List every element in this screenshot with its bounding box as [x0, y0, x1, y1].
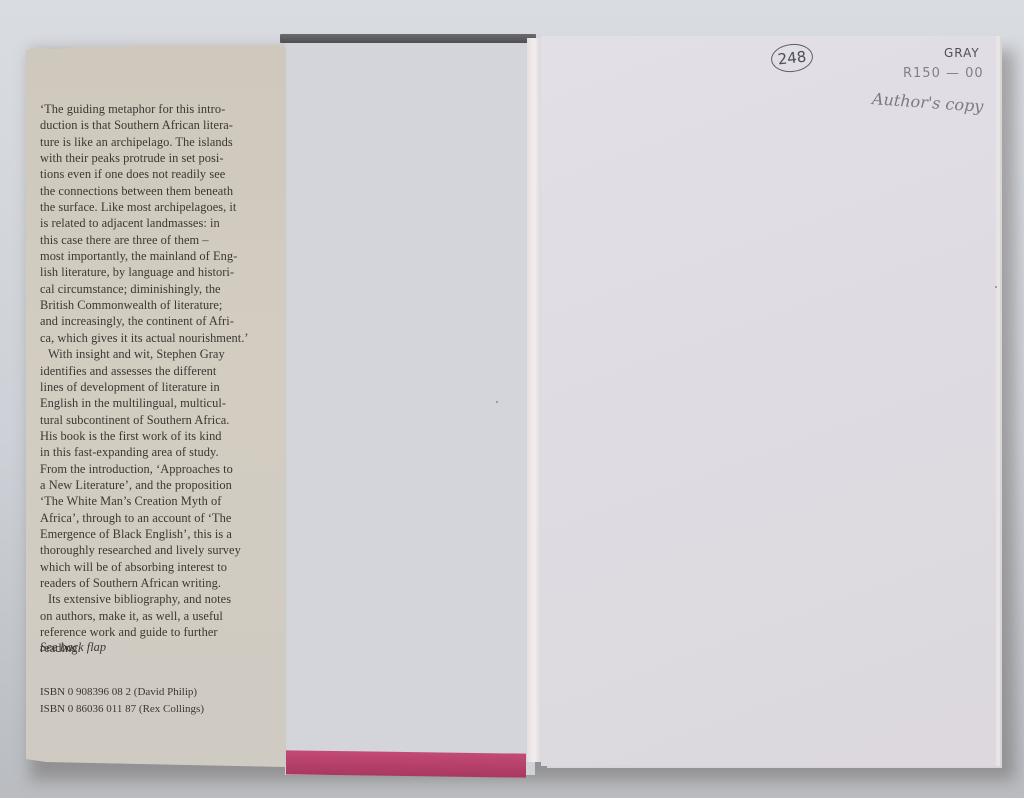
- blurb-line: thoroughly researched and lively survey: [40, 542, 275, 558]
- book-gutter: [527, 38, 541, 762]
- blurb-line: ca, which gives it its actual nourishmen…: [40, 330, 275, 346]
- blurb-line: With insight and wit, Stephen Gray: [40, 346, 275, 362]
- blurb-line: the surface. Like most archipelagoes, it: [40, 199, 275, 215]
- blurb-line: this case there are three of them –: [40, 232, 275, 248]
- blurb-line: most importantly, the mainland of Eng-: [40, 248, 275, 264]
- blurb-line: From the introduction, ‘Approaches to: [40, 461, 275, 477]
- flap-blurb: ‘The guiding metaphor for this intro- du…: [40, 101, 275, 657]
- blurb-line: lines of development of literature in: [40, 379, 275, 395]
- front-endpaper: [287, 42, 527, 754]
- blurb-line: with their peaks protrude in set posi-: [40, 150, 275, 166]
- isbn-david-philip: ISBN 0 908396 08 2 (David Philip): [40, 684, 204, 701]
- blurb-line: ‘The guiding metaphor for this intro-: [40, 101, 275, 117]
- blurb-line: on authors, make it, as well, a useful: [40, 608, 275, 624]
- blurb-line: British Commonwealth of literature;: [40, 297, 275, 313]
- speck: [995, 286, 997, 288]
- blurb-line: a New Literature’, and the proposition: [40, 477, 275, 493]
- blurb-line: Africa’, through to an account of ‘The: [40, 510, 275, 526]
- see-back-flap-note: See back flap: [40, 640, 106, 655]
- blurb-line: lish literature, by language and histori…: [40, 264, 275, 280]
- blurb-line: and increasingly, the continent of Afri-: [40, 313, 275, 329]
- blurb-line: ‘The White Man’s Creation Myth of: [40, 493, 275, 509]
- author-annotation: GRAY: [944, 46, 980, 60]
- blurb-line: tural subcontinent of Southern Africa.: [40, 412, 275, 428]
- blurb-line: identifies and assesses the different: [40, 363, 275, 379]
- blurb-line: Emergence of Black English’, this is a: [40, 526, 275, 542]
- blurb-line: Its extensive bibliography, and notes: [40, 591, 275, 607]
- blurb-line: which will be of absorbing interest to: [40, 559, 275, 575]
- blurb-line: cal circumstance; diminishingly, the: [40, 281, 275, 297]
- blurb-line: reference work and guide to further: [40, 624, 275, 640]
- blurb-line: readers of Southern African writing.: [40, 575, 275, 591]
- blurb-line: in this fast-expanding area of study.: [40, 444, 275, 460]
- blurb-line: duction is that Southern African litera-: [40, 117, 275, 133]
- isbn-rex-collings: ISBN 0 86036 011 87 (Rex Collings): [40, 701, 204, 718]
- blurb-line: English in the multilingual, multicul-: [40, 395, 275, 411]
- flyleaf-page[interactable]: [541, 36, 996, 766]
- blurb-line: tions even if one does not readily see: [40, 166, 275, 182]
- price-annotation: R150 — 00: [903, 66, 984, 81]
- spine-top-edge: [280, 34, 536, 43]
- blurb-line: ture is like an archipelago. The islands: [40, 134, 275, 150]
- blurb-line: is related to adjacent landmasses: in: [40, 215, 275, 231]
- page-edge-stain: [286, 750, 526, 777]
- blurb-line: His book is the first work of its kind: [40, 428, 275, 444]
- speck: [496, 401, 498, 403]
- isbn-block: ISBN 0 908396 08 2 (David Philip) ISBN 0…: [40, 684, 204, 718]
- blurb-line: the connections between them beneath: [40, 183, 275, 199]
